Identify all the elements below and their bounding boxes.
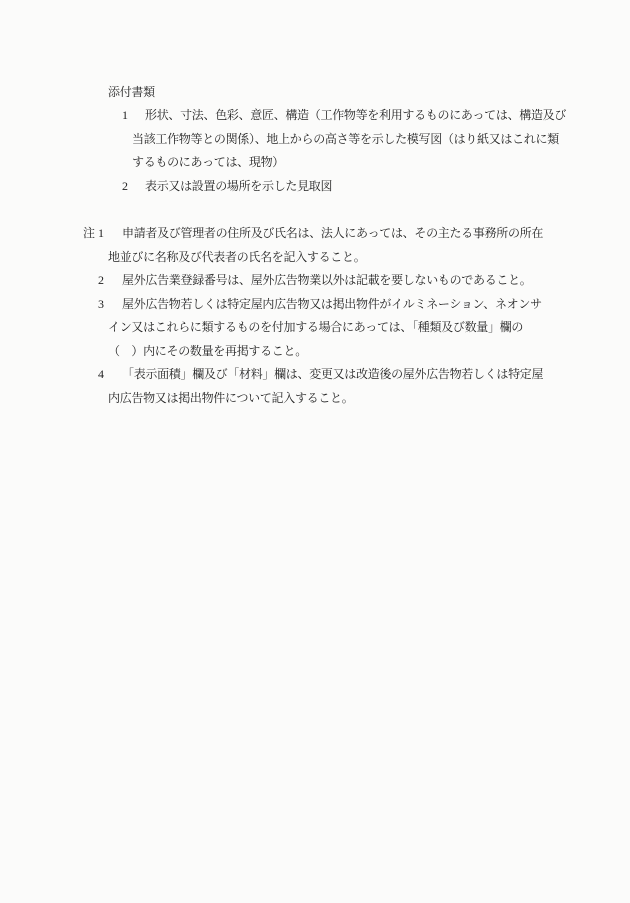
note-3-line-1: 3屋外広告物若しくは特定屋内広告物又は掲出物件がイルミネーション、ネオンサ	[98, 296, 542, 312]
notes-label: 注	[83, 225, 98, 241]
attachment-item-1-line-2: 当該工作物等との関係）、地上からの高さ等を示した模写図（はり紙又はこれに類	[132, 131, 559, 147]
attachment-item-2-line-1: 2表示又は設置の場所を示した見取図	[122, 178, 332, 194]
attachment-item-2-text: 表示又は設置の場所を示した見取図	[145, 179, 332, 193]
note-3-number: 3	[98, 296, 122, 312]
note-1-line-1: 注1申請者及び管理者の住所及び氏名は、法人にあっては、その主たる事務所の所在	[83, 225, 543, 241]
note-4-line-2: 内広告物又は掲出物件について記入すること。	[108, 390, 353, 406]
note-3-text: 屋外広告物若しくは特定屋内広告物又は掲出物件がイルミネーション、ネオンサ	[122, 297, 542, 311]
note-1-text: 申請者及び管理者の住所及び氏名は、法人にあっては、その主たる事務所の所在	[122, 226, 543, 240]
note-4-text: 「表示面積」欄及び「材料」欄は、変更又は改造後の屋外広告物若しくは特定屋	[122, 367, 543, 381]
note-3-line-2: イン又はこれらに類するものを付加する場合にあっては、「種類及び数量」欄の	[108, 319, 523, 335]
note-4-line-1: 4「表示面積」欄及び「材料」欄は、変更又は改造後の屋外広告物若しくは特定屋	[98, 366, 543, 382]
attachments-heading: 添付書類	[108, 84, 155, 100]
attachment-item-1-number: 1	[122, 107, 145, 123]
note-1-number: 1	[98, 225, 122, 241]
attachment-item-1-line-3: するものにあっては、現物）	[132, 154, 284, 170]
note-2-number: 2	[98, 272, 122, 288]
note-2-text: 屋外広告業登録番号は、屋外広告物業以外は記載を要しないものであること。	[122, 273, 532, 287]
document-page: 添付書類 1形状、寸法、色彩、意匠、構造（工作物等を利用するものにあっては、構造…	[0, 0, 630, 903]
note-3-line-3: （ ）内にその数量を再掲すること。	[108, 343, 307, 359]
note-2-line-1: 2屋外広告業登録番号は、屋外広告物業以外は記載を要しないものであること。	[98, 272, 532, 288]
attachment-item-2-number: 2	[122, 178, 145, 194]
attachment-item-1-text: 形状、寸法、色彩、意匠、構造（工作物等を利用するものにあっては、構造及び	[145, 108, 566, 122]
note-1-line-2: 地並びに名称及び代表者の氏名を記入すること。	[108, 249, 365, 265]
attachment-item-1-line-1: 1形状、寸法、色彩、意匠、構造（工作物等を利用するものにあっては、構造及び	[122, 107, 566, 123]
note-4-number: 4	[98, 366, 122, 382]
